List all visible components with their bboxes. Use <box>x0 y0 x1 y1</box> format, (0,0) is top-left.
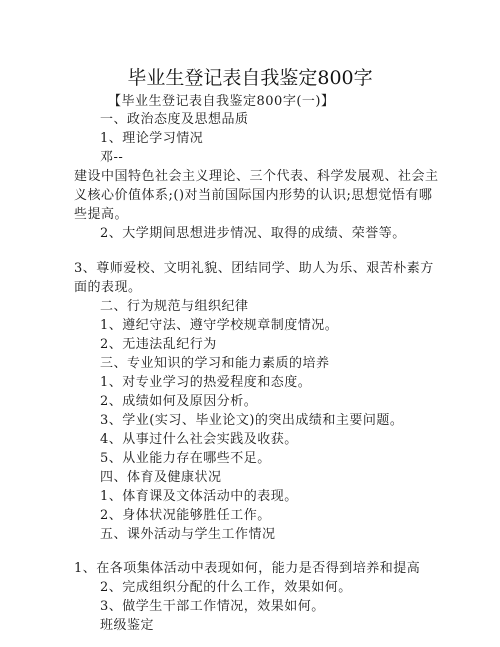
paragraph-line: 1、在各项集体活动中表现如何，能力是否得到培养和提高 <box>74 559 420 579</box>
item-line: 5、从业能力存在哪些不足。 <box>100 449 271 469</box>
item-line: 2、成绩如何及原因分析。 <box>100 392 257 412</box>
item-line: 1、理论学习情况 <box>100 129 203 149</box>
document-subtitle: 【毕业生登记表自我鉴定800字(一)】 <box>108 92 334 112</box>
item-line: 2、大学期间思想进步情况、取得的成绩、荣誉等。 <box>100 224 406 244</box>
paragraph-line: 建设中国特色社会主义理论、三个代表、科学发展观、社会主 <box>74 167 439 187</box>
item-line: 1、遵纪守法、遵守学校规章制度情况。 <box>100 316 338 336</box>
class-assessment-label: 班级鉴定 <box>100 616 154 636</box>
paragraph-line: 3、尊师爱校、文明礼貌、团结同学、助人为乐、艰苦朴素方 <box>74 259 434 279</box>
section-heading-2: 二、行为规范与组织纪律 <box>100 297 249 317</box>
item-line: 3、学业(实习、毕业论文)的突出成绩和主要问题。 <box>100 411 403 431</box>
section-heading-1: 一、政治态度及思想品质 <box>100 110 249 130</box>
section-heading-5: 五、课外活动与学生工作情况 <box>100 525 276 545</box>
document-page: 毕业生登记表自我鉴定800字 【毕业生登记表自我鉴定800字(一)】 一、政治态… <box>0 0 500 647</box>
document-title: 毕业生登记表自我鉴定800字 <box>0 66 500 90</box>
item-line: 2、无违法乱纪行为 <box>100 335 217 355</box>
section-heading-3: 三、专业知识的学习和能力素质的培养 <box>100 354 330 374</box>
paragraph-line: 义核心价值体系;()对当前国际国内形势的认识;思想觉悟有哪 <box>74 186 432 206</box>
item-line: 1、体育课及文体活动中的表现。 <box>100 487 298 507</box>
item-line: 1、对专业学习的热爱程度和态度。 <box>100 373 311 393</box>
item-line: 3、做学生干部工作情况，效果如何。 <box>100 597 325 617</box>
section-heading-4: 四、体育及健康状况 <box>100 468 222 488</box>
item-line: 邓-- <box>100 148 123 168</box>
paragraph-line: 些提高。 <box>74 205 128 225</box>
item-line: 4、从事过什么社会实践及收获。 <box>100 430 298 450</box>
item-line: 2、身体状况能够胜任工作。 <box>100 506 271 526</box>
paragraph-line: 面的表现。 <box>74 278 142 298</box>
item-line: 2、完成组织分配的什么工作，效果如何。 <box>100 578 352 598</box>
